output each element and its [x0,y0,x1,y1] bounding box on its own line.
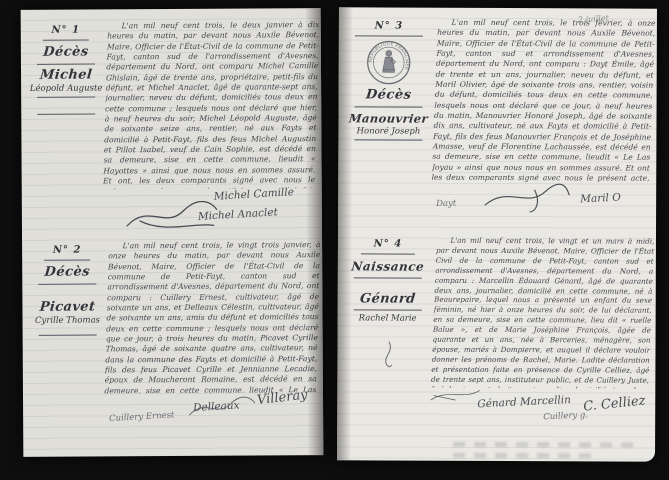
act-body-text: L'an mil neuf cent trois, le deux janvie… [103,20,320,189]
margin-rule [355,35,423,36]
act-category: Décès [27,263,107,281]
act-category: Décès [342,86,436,104]
act-given-names: Léopold Auguste [27,83,105,94]
margin-rule [354,139,422,140]
bleed-through-ghost-text [453,442,637,448]
act-3-margin-annotation: N° 3 RÉPUBLIQUE FRANÇAISE [342,17,435,235]
margin-rule [39,334,97,335]
act-given-names: Rachel Marie [342,313,434,324]
act-2-margin-annotation: N° 2 Décès Picavet Cyrille Thomas [28,241,107,445]
act-surname: Picavet [28,299,108,315]
act-entry-2: N° 2 Décès Picavet Cyrille Thomas L'an m… [22,240,323,446]
act-4-body: L'an mil neuf cent trois, le vingt et un… [433,236,652,462]
signature-flourish [482,182,572,216]
act-2-body: L'an mil neuf cent trois, le vingt trois… [106,240,319,445]
act-number: N° 3 [343,19,435,33]
signature: Cuillery Ernest [109,409,175,425]
act-entry-1: N° 1 Décès Michel Léopold Auguste L'an m… [21,20,322,242]
signature: Michel Camille [213,186,294,203]
signature-flourish [187,394,257,420]
bleed-through-ghost-text [453,453,591,459]
act-body-text: L'an mil neuf cent trois, le vingt et un… [431,236,655,389]
act-3-signatures: Dayt Maril O [434,182,652,233]
act-number: N° 4 [342,237,434,251]
act-category: Décès [26,43,106,61]
act-3-body: L'an mil neuf cent trois, le trois févri… [434,18,653,237]
register-scan: N° 1 Décès Michel Léopold Auguste L'an m… [0,0,669,480]
signature: Maril O [580,191,621,205]
act-entry-3: N° 3 RÉPUBLIQUE FRANÇAISE [338,17,657,236]
act-2-signatures: Cuillery Ernest Delleaux Villeray [107,392,319,445]
margin-rule [37,63,95,64]
official-seal-stamp-icon: RÉPUBLIQUE FRANÇAISE [366,39,412,85]
margin-rule [37,113,95,114]
margin-rule [355,106,423,107]
act-body-text: L'an mil neuf cent trois, le vingt trois… [104,240,320,393]
margin-rule [37,96,95,97]
act-number: N° 1 [27,23,105,37]
margin-rule [45,260,90,261]
margin-rule [361,253,414,254]
right-page: 2 juillet N° 3 RÉPUBLIQUE FRANÇAISE [337,7,657,461]
signature: C. Celliez [583,395,646,413]
act-body-text: L'an mil neuf cent trois, le trois févri… [431,18,655,183]
act-category: Naissance [341,257,435,275]
act-1-signatures: Michel Camille Michel Anaclet [106,188,318,239]
act-1-margin-annotation: N° 1 Décès Michel Léopold Auguste [27,21,106,241]
signature: Cuillery g. [543,409,588,423]
margin-rule [38,283,96,284]
act-given-names: Honoré Joseph [342,126,434,137]
act-surname: Génard [341,291,435,307]
signature-flourish [429,384,481,406]
act-number: N° 2 [28,243,106,257]
signature: Génard Marcellin [477,394,571,410]
act-surname: Michel [26,67,106,83]
act-surname: Manouvrier [342,110,436,126]
act-given-names: Cyrille Thomas [29,315,107,326]
margin-rule [43,40,88,41]
margin-rule [354,277,422,278]
left-page: N° 1 Décès Michel Léopold Auguste L'an m… [21,8,324,457]
act-4-margin-annotation: N° 4 Naissance Génard Rachel Marie [341,235,434,461]
act-entry-4: N° 4 Naissance Génard Rachel Marie L'an … [337,235,656,461]
margin-rule [354,309,422,310]
act-1-body: L'an mil neuf cent trois, le deux janvie… [105,20,318,241]
signature: Villeray [257,390,309,408]
signature: Dayt [436,197,456,210]
act-4-signatures: Génard Marcellin Cuillery g. C. Celliez [433,388,651,437]
paraph-mark [379,338,395,372]
